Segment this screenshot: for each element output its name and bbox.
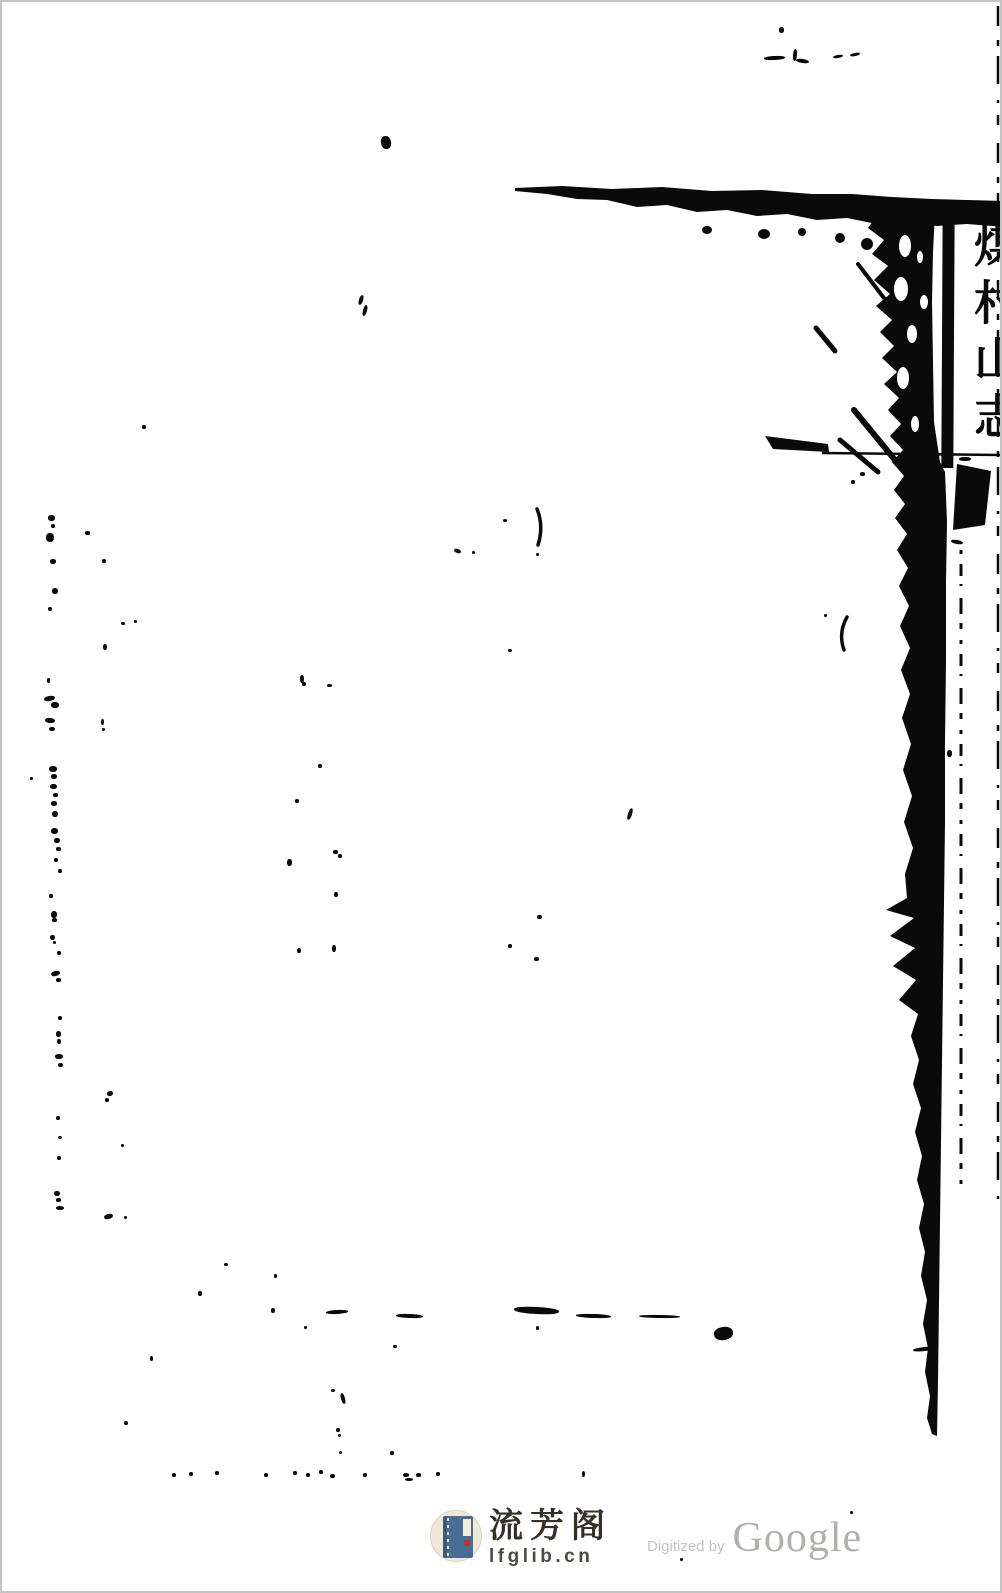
ink-speck	[339, 1451, 342, 1454]
ink-speck	[582, 1471, 585, 1477]
ink-speck	[124, 1421, 128, 1425]
ink-speck	[50, 784, 57, 789]
spine-title: 煤村山志	[958, 221, 1002, 461]
ink-speck	[851, 480, 855, 484]
ink-speck	[405, 1478, 413, 1481]
bar-ink-drips	[702, 226, 873, 250]
ink-speck	[58, 1016, 62, 1020]
ink-speck	[362, 305, 369, 317]
ink-speck	[713, 1326, 734, 1342]
ink-speck	[51, 911, 57, 918]
ink-speck	[51, 828, 58, 834]
ink-speck	[53, 941, 56, 944]
ink-speck	[30, 777, 33, 780]
ink-speck	[50, 935, 55, 940]
spine-title-text: 煤村山志	[964, 221, 1002, 449]
ink-speck	[50, 559, 56, 564]
ink-speck	[508, 944, 512, 948]
thread-bound-book-icon	[443, 1516, 473, 1558]
ink-speck	[338, 854, 342, 858]
ink-speck	[508, 649, 512, 652]
curved-flecks	[537, 509, 847, 650]
ink-speck	[57, 1156, 61, 1160]
ink-speck	[416, 1473, 421, 1477]
ink-speck	[106, 1090, 113, 1097]
ink-speck	[454, 548, 462, 554]
library-name: 流芳阁	[489, 1508, 669, 1544]
ink-speck	[764, 55, 785, 60]
ink-speck	[318, 764, 322, 768]
ink-speck	[396, 1314, 423, 1319]
ink-speck	[150, 1356, 153, 1361]
ink-speck	[198, 1291, 202, 1296]
ink-speck	[333, 850, 338, 854]
ink-speck	[503, 519, 507, 522]
ink-speck	[56, 978, 61, 982]
ink-speck	[913, 1346, 937, 1352]
ink-blob	[953, 464, 991, 530]
ink-speck	[51, 702, 59, 708]
ink-speck	[54, 1191, 60, 1196]
ink-speck	[44, 695, 56, 702]
ink-speck	[102, 728, 105, 731]
ink-speck	[833, 54, 843, 59]
ink-speck	[48, 607, 52, 611]
ink-speck	[326, 1309, 348, 1314]
ink-speck	[274, 1274, 277, 1278]
ink-speck	[287, 859, 292, 866]
ink-speck	[47, 678, 50, 683]
ink-speck	[824, 614, 827, 617]
ink-speck	[293, 1471, 297, 1475]
ink-speck	[53, 793, 58, 797]
gutter-ink-band	[864, 200, 947, 1436]
ink-speck	[142, 425, 146, 429]
ink-speck	[51, 970, 61, 977]
ink-speck	[56, 1031, 61, 1037]
google-logo-text: Google	[733, 1515, 863, 1561]
ink-speck	[56, 847, 61, 851]
ink-speck	[189, 1472, 193, 1476]
ink-speck	[224, 1263, 228, 1266]
top-ink-bar	[515, 186, 1002, 227]
ink-speck	[297, 948, 301, 953]
ink-speck	[779, 27, 784, 33]
ink-speck	[792, 49, 797, 61]
ink-speck	[576, 1313, 611, 1318]
ink-speck	[403, 1473, 409, 1477]
digitized-by-label: Digitized by	[647, 1538, 725, 1555]
library-url: lfglib.cn	[489, 1546, 669, 1568]
ink-speck	[338, 1434, 341, 1437]
ink-speck	[363, 1473, 367, 1477]
ink-speck	[332, 945, 336, 952]
ink-speck	[49, 766, 57, 772]
scanned-book-page: 煤村山志 流芳阁 lfglib.cn Digitized byGoogle	[0, 0, 1002, 1593]
ink-speck	[534, 957, 539, 961]
ink-speck	[436, 1472, 440, 1476]
library-watermark: 流芳阁 lfglib.cn	[430, 1508, 670, 1570]
ink-speck	[796, 58, 809, 64]
ink-speck	[271, 1308, 275, 1313]
ink-speck	[264, 1473, 268, 1477]
ink-speck	[331, 1389, 335, 1392]
ink-speck	[51, 524, 55, 528]
ink-speck	[951, 539, 964, 545]
ink-speck	[850, 52, 860, 57]
ink-speck	[49, 727, 55, 731]
ink-speck	[860, 472, 865, 476]
ink-speck	[124, 1216, 127, 1219]
ink-speck	[56, 1206, 64, 1210]
ink-speck	[51, 774, 57, 779]
ink-speck	[514, 1306, 559, 1315]
ink-speck	[45, 718, 55, 724]
ink-speck	[57, 951, 61, 955]
ink-speck	[121, 1144, 124, 1147]
ink-speck	[340, 1393, 347, 1405]
band-smudges	[816, 264, 895, 472]
ink-speck	[56, 1116, 60, 1120]
book-title-label	[463, 1519, 471, 1536]
ink-speck	[105, 1098, 109, 1102]
ink-speck	[300, 675, 304, 683]
ink-speck	[626, 808, 634, 821]
book-red-seal	[464, 1540, 470, 1546]
google-watermark: Digitized byGoogle	[647, 1514, 947, 1564]
library-badge	[430, 1510, 482, 1562]
ink-speck	[51, 801, 57, 806]
ink-speck	[327, 684, 332, 687]
ink-speck	[57, 1039, 61, 1044]
ink-speck	[52, 811, 58, 817]
ink-speck	[54, 858, 58, 862]
ink-speck	[215, 1471, 219, 1475]
ink-speck	[380, 135, 392, 150]
ink-speck	[52, 918, 57, 922]
ink-speck	[330, 1474, 335, 1478]
ink-speck	[121, 621, 126, 625]
band-paper-holes	[894, 235, 928, 432]
ink-speck	[295, 799, 299, 803]
ink-speck	[639, 1315, 680, 1319]
ink-speck	[101, 719, 104, 725]
ink-speck	[58, 1136, 62, 1139]
ink-speck	[49, 894, 53, 898]
book-stitching	[447, 1518, 449, 1556]
library-watermark-text: 流芳阁 lfglib.cn	[489, 1508, 669, 1568]
column-rule	[941, 208, 954, 468]
ink-speck	[302, 682, 306, 686]
ink-speck-layer	[2, 2, 1002, 1593]
ink-speck	[58, 1063, 63, 1067]
ink-speck	[306, 1473, 310, 1477]
ink-speck	[104, 1213, 114, 1220]
ink-speck	[103, 644, 107, 650]
ink-speck	[172, 1473, 176, 1477]
ink-speck	[336, 1428, 340, 1432]
hairline-smear	[765, 436, 829, 452]
ink-speck	[536, 553, 539, 556]
ink-speck	[537, 915, 542, 919]
ink-speck	[48, 515, 55, 521]
ink-speck	[134, 620, 137, 623]
ink-speck	[393, 1345, 397, 1348]
ink-speck	[46, 533, 54, 542]
scan-ink-artwork	[2, 2, 1002, 1593]
ink-speck	[536, 1326, 539, 1330]
ink-speck	[304, 1326, 307, 1329]
ink-speck	[55, 1054, 63, 1059]
ink-speck	[102, 559, 106, 563]
ink-speck	[334, 892, 338, 897]
ink-speck	[358, 295, 365, 306]
ink-speck	[85, 531, 90, 535]
ink-speck	[390, 1451, 394, 1455]
ink-speck	[947, 750, 952, 757]
ink-speck	[58, 869, 62, 873]
ink-speck	[472, 551, 475, 554]
ink-speck	[52, 588, 58, 594]
ink-speck	[54, 838, 60, 843]
ink-speck	[56, 1198, 61, 1202]
ink-speck	[319, 1470, 323, 1474]
